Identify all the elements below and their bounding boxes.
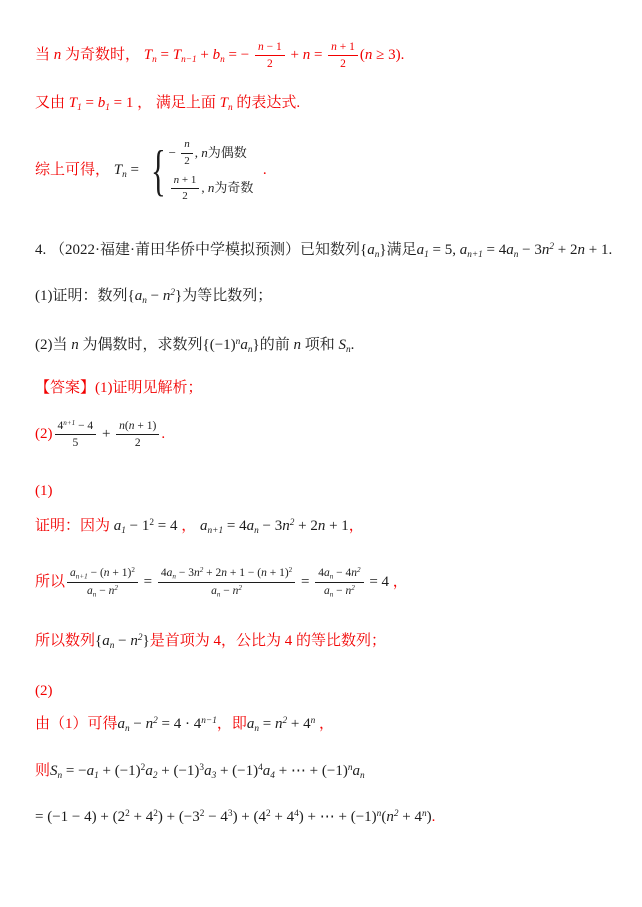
math-variable: b1 [98,94,110,114]
text-run: = (−1 − 4) + (22 [35,808,130,828]
text-run: = [259,715,275,735]
fraction-numerator: 4an − 3n2 + 2n + 1 − (n + 1)2 [158,566,295,583]
math-variable: an [367,241,379,261]
text-run: − 3 [259,517,282,537]
text-run: = 5, [429,241,460,261]
text-run: 4. （2022·福建·莆田华侨中学模拟预测）已知数列 [35,241,360,261]
math-subscript: n−1 [181,55,197,65]
text-run: + 1)2 [267,567,292,579]
text-line-16: = (−1 − 4) + (22 + 42) + (−32 − 43) + (4… [35,808,435,828]
text-run: 又由 [35,94,69,114]
text-run: + 42 [130,808,158,828]
text-run: − 12 [126,517,154,537]
text-run: = 4 [223,517,246,537]
math-fraction: 4an − 3n2 + 2n + 1 − (n + 1)2an − n2 [158,566,295,599]
text-line-8: (2)4n+1 − 45 + n(n + 1)2. [35,419,165,451]
text-run: 2 [267,58,273,70]
math-superscript: 2 [351,584,355,592]
math-subscript: n+1 [467,250,483,260]
left-brace-icon: { [151,140,166,202]
text-run: 为奇数时， [61,46,144,66]
text-run: 2 [340,58,346,70]
text-run: 2 [135,437,141,449]
fraction-denominator: an − n2 [87,583,118,599]
math-variable: Sn [50,762,62,782]
text-run: 2 [182,190,188,202]
text-run: 为等比数列； [182,287,272,307]
math-fraction: an+1 − (n + 1)2an − n2 [67,566,138,599]
math-variable: a1 [417,241,429,261]
text-run: = [297,573,313,593]
fraction-numerator: an+1 − (n + 1)2 [67,566,138,583]
math-variable: a4 [263,762,275,782]
math-variable: an [118,715,130,735]
math-variable: an [102,632,114,652]
document-page: 当 n 为奇数时， Tn = Tn−1 + bn = − n − 12 + n … [0,0,642,907]
text-run: = [140,573,156,593]
text-run: ≥ 3). [372,46,404,66]
math-variable: an [240,336,252,356]
math-variable: n [261,567,267,579]
math-variable: n2 [351,567,360,579]
text-run: = 4 [154,517,177,537]
text-run: 所以数列 [35,632,95,652]
text-run: ) + ⋯ + (−1)n [299,808,382,828]
text-run: ， [178,517,201,537]
math-variable: Tn [220,94,233,114]
math-variable: a2 [145,762,157,782]
math-variable: Sn [338,336,350,356]
math-variable: n2 [146,715,158,735]
text-line-9: (1) [35,482,53,502]
text-run: + 4n [398,808,426,828]
text-run: 满足 [387,241,417,261]
text-run: 当 [35,46,54,66]
text-run: − 3 [518,241,541,261]
fraction-numerator: n(n + 1) [116,419,159,435]
text-line-15: 则Sn = −a1 + (−1)2a2 + (−1)3a3 + (−1)4a4 … [35,762,365,782]
math-variable: an [352,762,364,782]
text-run: { [360,241,367,261]
text-run: + 1 − ( [227,567,261,579]
fraction-denominator: an − n2 [211,583,242,599]
math-fraction: n + 12 [171,174,200,205]
text-run: 的前 [260,336,294,356]
text-run: ， [389,573,408,593]
text-run: = [157,46,173,66]
text-run: (1)证明：数列 [35,287,128,307]
math-variable: n [578,241,586,261]
cases-column: − n2, n为偶数n + 12, n为奇数 [169,138,254,204]
text-run: + 1 [179,174,196,186]
math-variable: a1 [114,517,126,537]
math-variable: n [104,567,110,579]
text-run: + 1. [585,241,612,261]
math-variable: n2 [346,585,355,597]
text-line-5: (1)证明：数列{an − n2}为等比数列； [35,287,272,307]
text-run: + 2 [203,567,221,579]
text-run: 由（1）可得 [35,715,118,735]
math-fraction: 4an − 4n2an − n2 [315,566,363,599]
text-run: + [98,425,114,445]
text-run: − [130,715,146,735]
text-run: − 1 [264,41,282,53]
text-line-12: 所以数列{an − n2}是首项为 4，公比为 4 的等比数列； [35,632,386,652]
math-variable: n2 [386,808,398,828]
text-run: . [255,161,266,181]
text-run: + (−1)2 [99,762,146,782]
text-run: { [95,632,102,652]
text-run: { [128,287,135,307]
text-run: = − [62,762,86,782]
text-run: − 4 [333,567,351,579]
text-run: − [114,632,130,652]
math-variable: n2 [194,567,203,579]
math-superscript: 2 [357,566,361,574]
text-line-13: (2) [35,682,53,702]
text-run: + [287,46,303,66]
text-run: 为奇数 [214,180,253,197]
math-variable: n [318,517,326,537]
text-run: 【答案】(1)证明见解析； [35,379,203,399]
math-fraction: n + 12 [328,40,358,72]
text-run: } [252,336,259,356]
math-variable: an [247,517,259,537]
text-run: 5 [72,437,78,449]
math-superscript: n+1 [63,419,75,427]
math-variable: an [324,567,333,579]
text-run: = [310,46,326,66]
text-run: (2)当 [35,336,71,356]
math-superscript: 2 [238,584,242,592]
text-run: { [203,336,210,356]
math-variable: an [247,715,259,735]
text-run: ， [349,517,364,537]
math-superscript: 2 [131,566,135,574]
math-variable: Tn−1 [173,46,197,66]
math-variable: n [365,46,373,66]
fraction-denominator: 2 [340,56,346,71]
text-line-1: 当 n 为奇数时， Tn = Tn−1 + bn = − n − 12 + n … [35,40,404,72]
fraction-denominator: 2 [184,154,190,169]
fraction-denominator: 2 [182,189,188,204]
math-variable: n2 [163,287,175,307]
text-line-3: 综上可得， Tn = {− n2, n为偶数n + 12, n为奇数 . [35,138,267,204]
math-variable: n2 [233,585,242,597]
text-run: = 4 [366,573,389,593]
text-run: − 3 [176,567,194,579]
text-line-14: 由（1）可得an − n2 = 4 · 4n−1，即an = n2 + 4n ， [35,715,334,735]
math-variable: n2 [109,585,118,597]
text-run: − [147,287,163,307]
math-fraction: n − 12 [255,40,285,72]
fraction-numerator: n + 1 [171,174,200,190]
math-variable: T1 [69,94,82,114]
text-run: + (−1)3 [157,762,204,782]
fraction-numerator: 4n+1 − 4 [55,419,97,435]
fraction-numerator: n [181,138,193,154]
text-run: 综上可得， [35,161,114,181]
text-run: } [143,632,150,652]
text-run: + 1 [337,41,355,53]
math-subscript: n+1 [76,572,88,580]
text-run: − 4 [75,420,93,432]
text-run: 2 [184,155,190,167]
text-run: − ( [88,567,104,579]
text-run: − [333,585,345,597]
text-run: 项和 [301,336,339,356]
math-variable: n [184,138,190,150]
math-superscript: 2 [289,566,293,574]
text-run: } [175,287,182,307]
math-variable: an+1 [200,517,223,537]
document-viewport: { "style": { "red": "#f20000", "black": … [0,0,642,907]
math-variable: n2 [542,241,554,261]
text-run: + ⋯ + (−1)n [275,762,353,782]
text-run: + [197,46,213,66]
math-variable: n2 [130,632,142,652]
text-run: + 2 [554,241,577,261]
text-run: + 2 [294,517,317,537]
math-variable: n [71,336,79,356]
text-run: + 1) [135,420,157,432]
text-run: ， [315,715,334,735]
text-run: = [82,94,98,114]
text-run: − [96,585,108,597]
math-variable: an+1 [70,567,88,579]
text-run: 则 [35,762,50,782]
math-superscript: n−1 [201,716,217,726]
text-run: = 1 ， 满足上面 [110,94,220,114]
math-variable: an+1 [460,241,483,261]
math-variable: an [87,585,96,597]
text-line-4: 4. （2022·福建·莆田华侨中学模拟预测）已知数列{an}满足a1 = 5,… [35,241,612,261]
text-run: − [220,585,232,597]
fraction-numerator: n − 1 [255,40,285,56]
text-run: − [169,145,180,162]
text-line-6: (2)当 n 为偶数时，求数列{(−1)nan}的前 n 项和 Sn. [35,336,354,356]
text-run: + (−1)4 [216,762,263,782]
text-run: ，即 [217,715,247,735]
fraction-numerator: n + 1 [328,40,358,56]
document-body: 当 n 为奇数时， Tn = Tn−1 + bn = − n − 12 + n … [0,0,642,907]
cases-row: − n2, n为偶数 [169,138,254,169]
fraction-denominator: 2 [135,435,141,450]
math-variable: n [303,46,311,66]
text-run: + 4n [287,715,315,735]
fraction-denominator: an − n2 [324,583,355,599]
text-line-7: 【答案】(1)证明见解析； [35,379,203,399]
text-run: (1) [35,482,53,502]
math-variable: Tn [144,46,157,66]
text-run: (−1)n [210,336,241,356]
text-line-10: 证明：因为 a1 − 12 = 4 ， an+1 = 4an − 3n2 + 2… [35,517,364,537]
math-variable: a3 [204,762,216,782]
text-run: 证明：因为 [35,517,114,537]
text-run: ) + (−32 [158,808,205,828]
text-run: − 43 [204,808,232,828]
cases-row: n + 12, n为奇数 [169,174,254,205]
math-variable: an [324,585,333,597]
text-run: = − [225,46,253,66]
text-run: 4n+1 [58,420,76,432]
math-variable: a1 [87,762,99,782]
fraction-numerator: 4an − 4n2 [315,566,363,583]
text-run: + 1 [325,517,348,537]
text-run: 所以 [35,573,65,593]
text-run: . [351,336,355,356]
text-run: 的表达式. [233,94,301,114]
math-variable: n2 [282,517,294,537]
text-run: = [127,161,143,181]
math-fraction: n(n + 1)2 [116,419,159,451]
math-variable: n [293,336,301,356]
math-fraction: 4n+1 − 45 [55,419,97,451]
text-run: 是首项为 4，公比为 4 的等比数列； [150,632,386,652]
text-run: (2) [35,682,53,702]
math-variable: an [135,287,147,307]
math-variable: n2 [275,715,287,735]
math-subscript: n+1 [208,526,224,536]
text-run: + 44 [271,808,299,828]
math-variable: an [506,241,518,261]
text-run: = 4 [483,241,506,261]
text-run: (2) [35,425,53,445]
math-variable: bn [213,46,225,66]
text-run: 为偶数 [208,145,247,162]
math-subscript: n [360,771,365,781]
text-run: = 4 · 4n−1 [158,715,217,735]
math-variable: Tn [114,161,127,181]
text-line-2: 又由 T1 = b1 = 1 ， 满足上面 Tn 的表达式. [35,94,300,114]
text-run: . [161,425,165,445]
math-fraction: n2 [181,138,193,169]
text-run: 为偶数时，求数列 [79,336,203,356]
text-run: . [432,808,436,828]
text-run: + 1)2 [110,567,135,579]
fraction-denominator: 5 [72,435,78,450]
text-line-11: 所以an+1 − (n + 1)2an − n2 = 4an − 3n2 + 2… [35,566,408,599]
math-variable: n [54,46,62,66]
piecewise-cases: {− n2, n为偶数n + 12, n为奇数 [145,138,254,204]
text-run: ) + (42 [233,808,271,828]
text-run: } [379,241,386,261]
text-run: 4 [161,567,167,579]
math-variable: an [167,567,176,579]
fraction-denominator: 2 [267,56,273,71]
math-superscript: 2 [114,584,118,592]
